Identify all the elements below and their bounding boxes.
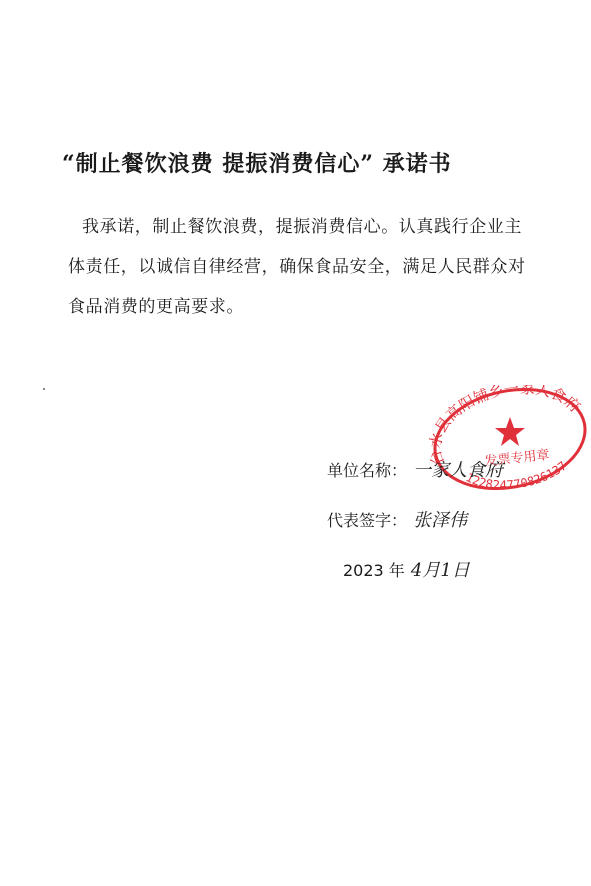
unit-name-label: 单位名称： <box>327 461 407 480</box>
representative-label: 代表签字： <box>327 511 407 530</box>
star-icon <box>495 417 525 446</box>
representative-field: 代表签字：张泽伟 <box>327 506 467 532</box>
date-handwritten: 4月1日 <box>411 560 470 581</box>
unit-name-field: 单位名称：一家人食府 <box>327 456 503 482</box>
document-title: “制止餐饮浪费 提振消费信心” 承诺书 <box>62 142 542 186</box>
commitment-paragraph: 我承诺，制止餐饮浪费，提振消费信心。认真践行企业主体责任，以诚信自律经营，确保食… <box>68 207 538 327</box>
commitment-body: 我承诺，制止餐饮浪费，提振消费信心。认真践行企业主体责任，以诚信自律经营，确保食… <box>68 207 538 327</box>
date-field: 2023 年4月1日 <box>343 556 470 582</box>
scan-speck <box>43 388 45 390</box>
unit-name-signature: 一家人食府 <box>413 460 503 481</box>
representative-signature: 张泽伟 <box>413 510 467 531</box>
date-year: 2023 年 <box>343 561 405 580</box>
